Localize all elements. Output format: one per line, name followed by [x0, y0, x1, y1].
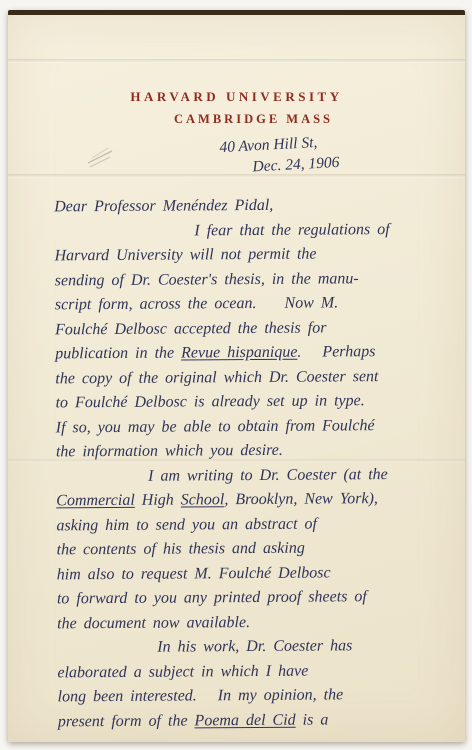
letter-line: Foulché Delbosc accepted the thesis for — [55, 315, 451, 342]
letter-line: Commercial High School, Brooklyn, New Yo… — [56, 487, 452, 514]
letterhead-city: CAMBRIDGE MASS — [25, 112, 472, 127]
scanned-letter: HARVARD UNIVERSITY CAMBRIDGE MASS 40 Avo… — [0, 0, 472, 750]
letterhead: HARVARD UNIVERSITY CAMBRIDGE MASS — [8, 89, 465, 127]
handwritten-text: elaborated a subject in which I have — [57, 662, 308, 681]
letter-line: Harvard University will not permit the — [54, 242, 450, 269]
handwritten-text: Harvard University will not permit the — [54, 246, 316, 265]
letter-line: In his work, Dr. Coester has — [157, 634, 453, 661]
letter-paper: HARVARD UNIVERSITY CAMBRIDGE MASS 40 Avo… — [8, 10, 465, 742]
letter-line: him also to request M. Foulché Delbosc — [57, 560, 453, 587]
handwritten-text: to forward to you any printed proof shee… — [57, 588, 367, 607]
handwritten-text: is a — [296, 711, 329, 728]
handwritten-text: the contents of his thesis and asking — [57, 540, 305, 559]
letter-line: Dear Professor Menéndez Pidal, — [54, 193, 450, 220]
handwritten-text: . Perhaps — [297, 343, 375, 361]
underlined-phrase: School — [181, 491, 225, 508]
pencil-smudge-mark — [84, 141, 118, 171]
handwritten-text: to Foulché Delbosc is already set up in … — [56, 392, 365, 411]
handwritten-text: Dear Professor Menéndez Pidal, — [54, 197, 273, 216]
letter-line: I fear that the regulations of — [194, 217, 450, 243]
letter-line: the document now available. — [57, 609, 453, 636]
letter-line: the contents of his thesis and asking — [57, 536, 453, 563]
underlined-phrase: Poema del Cid — [194, 711, 295, 729]
handwritten-text: asking him to send you an abstract of — [56, 515, 317, 534]
letter-line: sending of Dr. Coester's thesis, in the … — [55, 266, 451, 293]
address-line: 40 Avon Hill St, — [219, 133, 339, 157]
letter-line: long been interested. In my opinion, the — [58, 683, 454, 710]
letter-line: publication in the Revue hispanique. Per… — [55, 340, 451, 367]
letter-line: the information which you desire. — [56, 438, 452, 465]
letterhead-university: HARVARD UNIVERSITY — [8, 89, 465, 105]
handwritten-text: Foulché Delbosc accepted the thesis for — [55, 319, 326, 338]
dateline: 40 Avon Hill St, Dec. 24, 1906 — [219, 133, 340, 178]
handwritten-text: In his work, Dr. Coester has — [157, 637, 352, 655]
letter-line: the copy of the original which Dr. Coest… — [55, 364, 451, 391]
handwritten-text: publication in the — [55, 345, 181, 363]
handwritten-text: the copy of the original which Dr. Coest… — [55, 368, 378, 387]
letter-line: elaborated a subject in which I have — [57, 658, 453, 685]
handwritten-text: , Brooklyn, New York), — [224, 490, 378, 508]
handwritten-text: script form, across the ocean. Now M. — [55, 294, 338, 313]
handwritten-text: the information which you desire. — [56, 442, 283, 461]
letter-line: I am writing to Dr. Coester (at the — [148, 462, 452, 489]
handwritten-text: the document now available. — [57, 614, 250, 632]
underlined-phrase: Revue hispanique — [181, 344, 297, 362]
letter-body: Dear Professor Menéndez Pidal,I fear tha… — [54, 193, 454, 735]
underlined-phrase: Commercial — [56, 492, 135, 510]
handwritten-text: long been interested. In my opinion, the — [58, 686, 344, 705]
letter-line: to Foulché Delbosc is already set up in … — [55, 389, 451, 416]
letter-line: asking him to send you an abstract of — [56, 511, 452, 538]
letter-line: script form, across the ocean. Now M. — [55, 291, 451, 318]
handwritten-text: I fear that the regulations of — [194, 221, 389, 239]
handwritten-text: sending of Dr. Coester's thesis, in the … — [55, 270, 359, 289]
fold-crease — [8, 59, 465, 63]
handwritten-text: High — [135, 492, 181, 509]
handwritten-text: I am writing to Dr. Coester (at the — [148, 466, 388, 485]
letter-line: to forward to you any printed proof shee… — [57, 585, 453, 612]
letter-line: present form of the Poema del Cid is a — [58, 707, 454, 734]
handwritten-text: him also to request M. Foulché Delbosc — [57, 564, 331, 583]
letter-line: If so, you may be able to obtain from Fo… — [56, 413, 452, 440]
handwritten-text: If so, you may be able to obtain from Fo… — [56, 417, 375, 436]
handwritten-text: present form of the — [58, 712, 195, 730]
